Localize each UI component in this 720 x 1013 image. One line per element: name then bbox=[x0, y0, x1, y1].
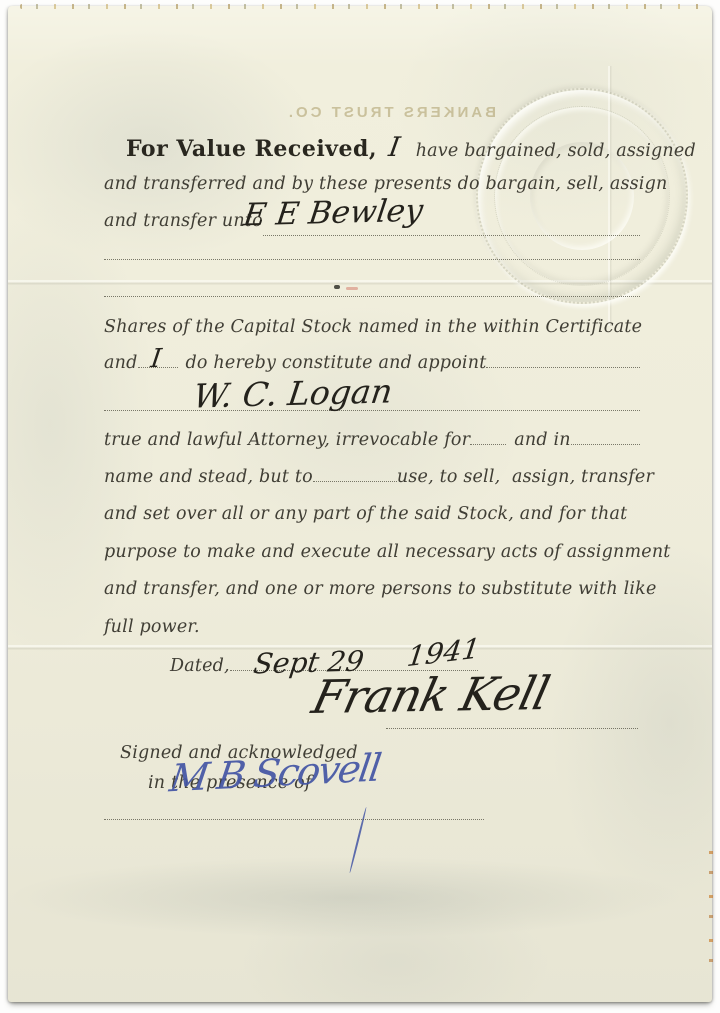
line2-text: and transferred and by these presents do… bbox=[104, 174, 667, 194]
dotted-fill bbox=[571, 444, 640, 445]
line12-text: purpose to make and execute all necessar… bbox=[104, 542, 671, 562]
line13-text: and transfer, and one or more persons to… bbox=[104, 579, 657, 599]
body-line: full power. bbox=[104, 617, 640, 637]
appoint-line: and do hereby constitute and appoint bbox=[104, 353, 640, 373]
ink-speck bbox=[334, 285, 340, 289]
line7-suffix: do hereby constitute and appoint bbox=[178, 353, 487, 373]
name-and-stead-line: name and stead, but to use, to sell, ass… bbox=[104, 467, 640, 487]
edge-specks-right bbox=[709, 851, 713, 981]
line7-prefix: and bbox=[104, 353, 138, 373]
witness-dotted-line bbox=[104, 818, 484, 820]
witness-signature-flourish bbox=[349, 807, 367, 873]
deckled-edge-top bbox=[20, 4, 702, 9]
line1-text: have bargained, sold, assigned bbox=[416, 141, 696, 161]
line9-prefix: true and lawful Attorney, irrevocable fo… bbox=[104, 430, 470, 450]
handwritten-transferee-name: E E Bewley bbox=[241, 193, 425, 234]
embossed-seal bbox=[476, 88, 688, 304]
opening-line: For Value Received, I have bargained, so… bbox=[126, 132, 640, 163]
blank-dotted-line-1 bbox=[104, 258, 640, 260]
dotted-fill bbox=[486, 367, 640, 368]
dated-label: Dated, bbox=[170, 656, 230, 676]
body-line: and transfer, and one or more persons to… bbox=[104, 579, 640, 599]
line11-text: and set over all or any part of the said… bbox=[104, 504, 627, 524]
line14-text: full power. bbox=[104, 617, 200, 637]
body-line: and transferred and by these presents do… bbox=[104, 174, 640, 194]
handwritten-signature-frank-kell: Frank Kell bbox=[307, 666, 554, 724]
attorney-clause-line: true and lawful Attorney, irrevocable fo… bbox=[104, 430, 640, 450]
stock-transfer-form-page: BANKERS TRUST CO. For Value Received, I … bbox=[8, 6, 712, 1002]
scanned-document-stage: BANKERS TRUST CO. For Value Received, I … bbox=[0, 0, 720, 1013]
blank-dotted-line-2 bbox=[104, 295, 640, 297]
handwritten-attorney-name: W. C. Logan bbox=[191, 371, 395, 415]
line3-text: and transfer unto bbox=[104, 211, 263, 231]
ghost-bankers-trust-text: BANKERS TRUST CO. bbox=[286, 104, 496, 124]
line10-prefix: name and stead, but to bbox=[104, 467, 313, 487]
red-speck bbox=[346, 287, 358, 290]
dotted-fill bbox=[263, 235, 640, 236]
for-value-received-heading: For Value Received, bbox=[126, 136, 377, 162]
handwritten-pronoun-1: I bbox=[387, 132, 403, 163]
line10-suffix: use, to sell, assign, transfer bbox=[397, 467, 654, 487]
dotted-gap bbox=[470, 444, 506, 445]
body-line: purpose to make and execute all necessar… bbox=[104, 542, 640, 562]
body-line: Shares of the Capital Stock named in the… bbox=[104, 317, 640, 337]
line6-text: Shares of the Capital Stock named in the… bbox=[104, 317, 642, 337]
signature-dotted-line bbox=[386, 727, 638, 729]
body-line: and set over all or any part of the said… bbox=[104, 504, 640, 524]
dotted-gap bbox=[313, 481, 397, 482]
line9-suffix: and in bbox=[506, 430, 571, 450]
